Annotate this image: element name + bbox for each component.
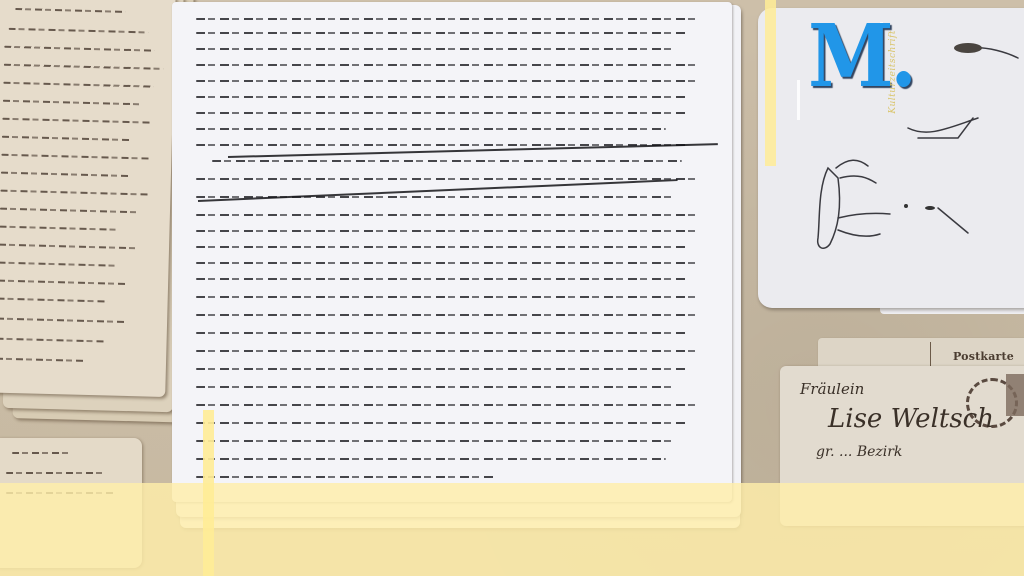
brand-logo: M. Kulturzeitschrift [806, 20, 916, 120]
address-district: gr. ... Bezirk [816, 444, 902, 460]
yellow-accent-bar [203, 410, 214, 576]
handwritten-manuscript-page [172, 2, 732, 502]
yellow-overlay-band [0, 483, 1024, 576]
aged-letter-stack [0, 0, 196, 433]
yellow-accent-bar [765, 0, 776, 166]
postcard-label: Postkarte [953, 350, 1014, 363]
logo-tagline: Kulturzeitschrift [888, 30, 898, 114]
address-name: Lise Weltsch [828, 404, 994, 434]
address-salutation: Fräulein [800, 380, 864, 398]
manuscript-stack [172, 2, 762, 532]
postage-stamp [1006, 374, 1024, 416]
strikethrough-line [198, 179, 678, 202]
logo-accent-line [797, 80, 800, 120]
aged-letter-top-sheet [0, 0, 176, 397]
